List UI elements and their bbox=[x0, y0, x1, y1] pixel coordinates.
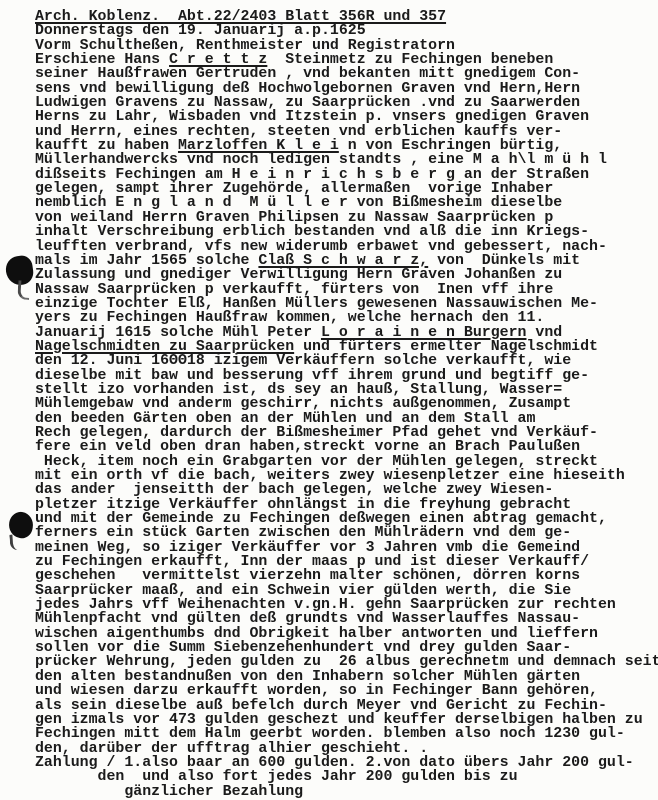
text-line: dißseits Fechingen am H e i n r i c h s … bbox=[35, 168, 658, 182]
text-line: den alten bestandnußen von den Inhabern … bbox=[35, 670, 658, 684]
text-line: meinen Weg, so iziger Verkäuffer vor 3 J… bbox=[35, 541, 658, 555]
text-line: Ludwigen Gravens zu Nassaw, zu Saarprück… bbox=[35, 96, 658, 110]
text-line: Januarij 1615 solche Mühl Peter L o r a … bbox=[35, 326, 658, 340]
text-line: mals im Jahr 1565 solche Claß S c h w a … bbox=[35, 254, 658, 268]
document-text: Arch. Koblenz. Abt.22/2403 Blatt 356R un… bbox=[35, 10, 658, 799]
text-line: das ander jenseitth der bach gelegen, we… bbox=[35, 483, 658, 497]
text-line: prücker Wehrung, jeden gulden zu 26 albu… bbox=[35, 655, 658, 669]
text-line: pletzer itzige Verkäuffer ohnlängst in d… bbox=[35, 498, 658, 512]
text-line: Saarprücker maaß, and ein Schwein vier g… bbox=[35, 584, 658, 598]
text-line: geschehen vermittelst vierzehn malter sc… bbox=[35, 569, 658, 583]
text-line: jedes Jahrs vff Weihenachten v.gn.H. geh… bbox=[35, 598, 658, 612]
text-line: und Herrn, eines rechten, steeten vnd er… bbox=[35, 125, 658, 139]
text-line: inhalt Verschreibung erblich bestanden v… bbox=[35, 225, 658, 239]
text-line: als sein dieselbe auß befelch durch Meye… bbox=[35, 699, 658, 713]
text-line: ferners ein stück Garten zwischen den Mü… bbox=[35, 526, 658, 540]
text-line: stellt izo vorhanden ist, ds sey an hauß… bbox=[35, 383, 658, 397]
text-line: mit ein orth vf die bach, weiters zwey w… bbox=[35, 469, 658, 483]
text-line: den beeden Gärten oben an der Mühlen und… bbox=[35, 412, 658, 426]
text-line: wischen aigenthumbs dnd Obrigkeit halber… bbox=[35, 627, 658, 641]
text-line: sollen vor die Summ Siebenzehenhundert v… bbox=[35, 641, 658, 655]
text-line: Herns zu Lahr, Wisbaden vnd Itzstein p. … bbox=[35, 110, 658, 124]
text-line: sens vnd bewilligung deß Hochwolgebornen… bbox=[35, 82, 658, 96]
text-line: Rech gelegen, dardurch der Bißmesheimer … bbox=[35, 426, 658, 440]
text-line: Vorm Schultheßen, Renthmeister und Regis… bbox=[35, 39, 658, 53]
text-line: von weiland Herrn Graven Philipsen zu Na… bbox=[35, 211, 658, 225]
text-line: und wiesen darzu erkaufft worden, so in … bbox=[35, 684, 658, 698]
document-page: Arch. Koblenz. Abt.22/2403 Blatt 356R un… bbox=[0, 0, 658, 800]
text-line: Nassaw Saarprücken p verkaufft, fürters … bbox=[35, 283, 658, 297]
ink-blot-top bbox=[4, 254, 35, 286]
text-line: Zahlung / 1.also baar an 600 gulden. 2.v… bbox=[35, 756, 658, 770]
text-line: den und also fort jedes Jahr 200 gulden … bbox=[35, 770, 658, 784]
ink-blot-bottom bbox=[7, 510, 35, 540]
text-line: Arch. Koblenz. Abt.22/2403 Blatt 356R un… bbox=[35, 10, 658, 24]
text-line: den 12. Juni 16ΘΘ18 izigem Verkäuffern s… bbox=[35, 354, 658, 368]
text-line: kaufft zu haben Marzloffen K l e i n von… bbox=[35, 139, 658, 153]
text-line: nemblich E n g l a n d M ü l l e r von B… bbox=[35, 196, 658, 210]
text-line: Mühlenpfacht vnd gülten deß grundts vnd … bbox=[35, 612, 658, 626]
text-line: gen izmals vor 473 gulden geschezt und k… bbox=[35, 713, 658, 727]
text-line: yers zu Fechingen Haußfraw kommen, welch… bbox=[35, 311, 658, 325]
text-line: und mit der Gemeinde zu Fechingen deßweg… bbox=[35, 512, 658, 526]
text-line: Müllerhandwercks vnd noch ledigen standt… bbox=[35, 153, 658, 167]
text-line: einzige Tochter Elß, Hanßen Müllers gewe… bbox=[35, 297, 658, 311]
text-line: gänzlicher Bezahlung bbox=[35, 785, 658, 799]
text-line: Donnerstags den 19. Januarij a.p.1625 bbox=[35, 24, 658, 38]
text-line: leufften verbrand, vfs new widerumb erba… bbox=[35, 240, 658, 254]
text-line: Zulassung und gnediger Verwilligung Hern… bbox=[35, 268, 658, 282]
text-line: gelegen, sampt ihrer Zugehörde, allermaß… bbox=[35, 182, 658, 196]
text-line: den, darüber der ufftrag alhier geschieh… bbox=[35, 742, 658, 756]
text-line: zu Fechingen erkaufft, Inn der maas p un… bbox=[35, 555, 658, 569]
text-segment: gänzlicher Bezahlung bbox=[35, 784, 303, 800]
text-line: seiner Haußfrawen Gertruden , vnd bekant… bbox=[35, 67, 658, 81]
text-line: Fechingen mitt dem Halm geerbt worden. b… bbox=[35, 727, 658, 741]
text-line: Erschiene Hans C r e t t z Steinmetz zu … bbox=[35, 53, 658, 67]
text-line: Nagelschmidten zu Saarprücken und fürter… bbox=[35, 340, 658, 354]
text-line: dieselbe mit baw und besserung vff ihrem… bbox=[35, 369, 658, 383]
text-line: fere ein veld oben dran haben,streckt vo… bbox=[35, 440, 658, 454]
text-line: Mühlemgebaw vnd anderm geschirr, nichts … bbox=[35, 397, 658, 411]
text-line: Heck, item noch ein Grabgarten vor der M… bbox=[35, 455, 658, 469]
